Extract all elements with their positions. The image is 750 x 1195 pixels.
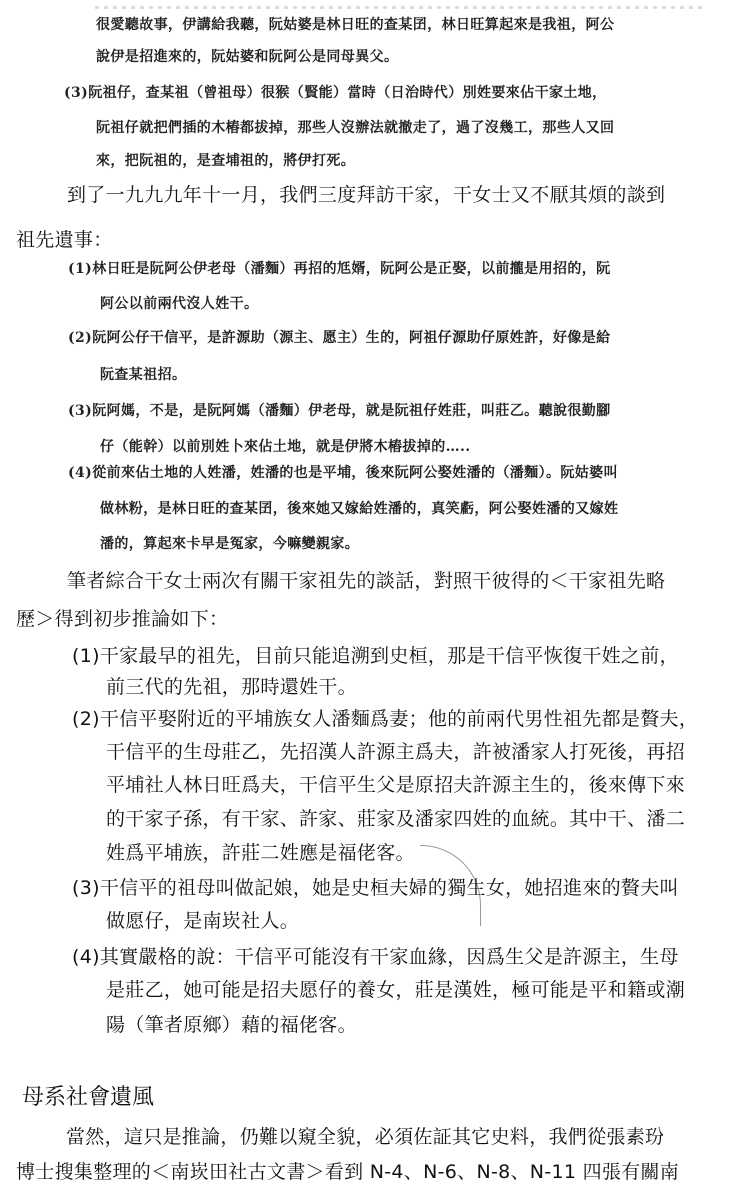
quote-line: 阮祖仔就把們插的木樁都拔掉，那些人沒辦法就撤走了，過了沒幾工，那些人又回 — [96, 117, 614, 137]
interview-item-4: 做林粉，是林日旺的查某囝，後來她又嫁給姓潘的，真笑虧，阿公娶姓潘的又嫁姓 — [100, 498, 618, 518]
quote-line: 來，把阮祖的，是查埔祖的，將伊打死。 — [96, 150, 355, 170]
conclusion-item-4: 陽（筆者原鄉）藉的福佬客。 — [106, 1010, 357, 1037]
body-paragraph-visit: 祖先遺事： — [16, 225, 113, 252]
conclusion-item-1: 前三代的先祖，那時還姓干。 — [106, 672, 357, 699]
interview-item-3: (3)阮阿媽，不是，是阮阿媽（潘麵）伊老母，就是阮祖仔姓莊，叫莊乙。聽說很勤腳 — [68, 400, 611, 420]
conclusion-item-4: 是莊乙，她可能是招夫愿仔的養女，莊是漢姓，極可能是平和籍或潮 — [106, 975, 685, 1002]
body-paragraph-summary: 歷＞得到初步推論如下： — [16, 604, 228, 631]
conclusion-item-1: (1)干家最早的祖先，目前只能追溯到史桓，那是干信平恢復干姓之前， — [72, 641, 679, 668]
interview-item-3: 仔（能幹）以前別姓卜來佔土地，就是伊將木樁拔掉的….. — [100, 436, 471, 456]
body-paragraph-final: 當然，這只是推論，仍難以窺全貌，必須佐証其它史料，我們從張素玢 — [66, 1122, 664, 1149]
interview-item-4: (4)從前來佔土地的人姓潘，姓潘的也是平埔，後來阮阿公娶姓潘的（潘麵）。阮姑婆叫 — [68, 462, 618, 482]
conclusion-item-2: (2)干信平娶附近的平埔族女人潘麵爲妻；他的前兩代男性祖先都是贅夫， — [72, 704, 698, 731]
interview-item-2: 阮查某祖招。 — [100, 364, 186, 384]
body-paragraph-final: 博士搜集整理的＜南崁田社古文書＞看到 N-4、N-6、N-8、N-11 四張有關… — [16, 1157, 679, 1184]
quote-line: 說伊是招進來的，阮姑婆和阮阿公是同母異父。 — [96, 46, 398, 66]
interview-item-1: 阿公以前兩代沒人姓干。 — [100, 293, 258, 313]
body-paragraph-visit: 到了一九九九年十一月，我們三度拜訪干家，干女士又不厭其煩的談到 — [67, 180, 665, 207]
body-paragraph-summary: 筆者綜合干女士兩次有關干家祖先的談話，對照干彼得的＜干家祖先略 — [67, 566, 665, 593]
quote-item-3: (3)阮祖仔，查某祖（曾祖母）很猴（賢能）當時（日治時代）別姓要來佔干家土地， — [64, 82, 607, 102]
conclusion-item-2: 干信平的生母莊乙，先招漢人許源主爲夫，許被潘家人打死後，再招 — [106, 737, 685, 764]
conclusion-item-4: (4)其實嚴格的說：干信平可能沒有干家血緣，因爲生父是許源主，生母 — [72, 942, 679, 969]
interview-item-4: 潘的，算起來卡早是冤家，今嘛變親家。 — [100, 533, 359, 553]
conclusion-item-3: 做愿仔，是南崁社人。 — [106, 906, 299, 933]
document-page: 很愛聽故事，伊講給我聽，阮姑婆是林日旺的查某囝，林日旺算起來是我祖，阿公 說伊是… — [0, 0, 750, 1195]
scan-artifact — [95, 6, 705, 9]
conclusion-item-3: (3)干信平的祖母叫做記娘，她是史桓夫婦的獨生女，她招進來的贅夫叫 — [72, 873, 679, 900]
section-heading: 母系社會遺風 — [22, 1080, 154, 1111]
conclusion-item-2: 平埔社人林日旺爲夫，干信平生父是原招夫許源主生的，後來傳下來 — [106, 770, 685, 797]
quote-line: 很愛聽故事，伊講給我聽，阮姑婆是林日旺的查某囝，林日旺算起來是我祖，阿公 — [96, 14, 614, 34]
interview-item-1: (1)林日旺是阮阿公伊老母（潘麵）再招的尪婿，阮阿公是正娶，以前攏是用招的，阮 — [68, 258, 611, 278]
interview-item-2: (2)阮阿公仔干信平，是許源助（源主、愿主）生的，阿祖仔源助仔原姓許，好像是給 — [68, 327, 611, 347]
conclusion-item-2: 姓爲平埔族，許莊二姓應是福佬客。 — [106, 838, 415, 865]
conclusion-item-2: 的干家子孫，有干家、許家、莊家及潘家四姓的血統。其中干、潘二 — [106, 804, 685, 831]
